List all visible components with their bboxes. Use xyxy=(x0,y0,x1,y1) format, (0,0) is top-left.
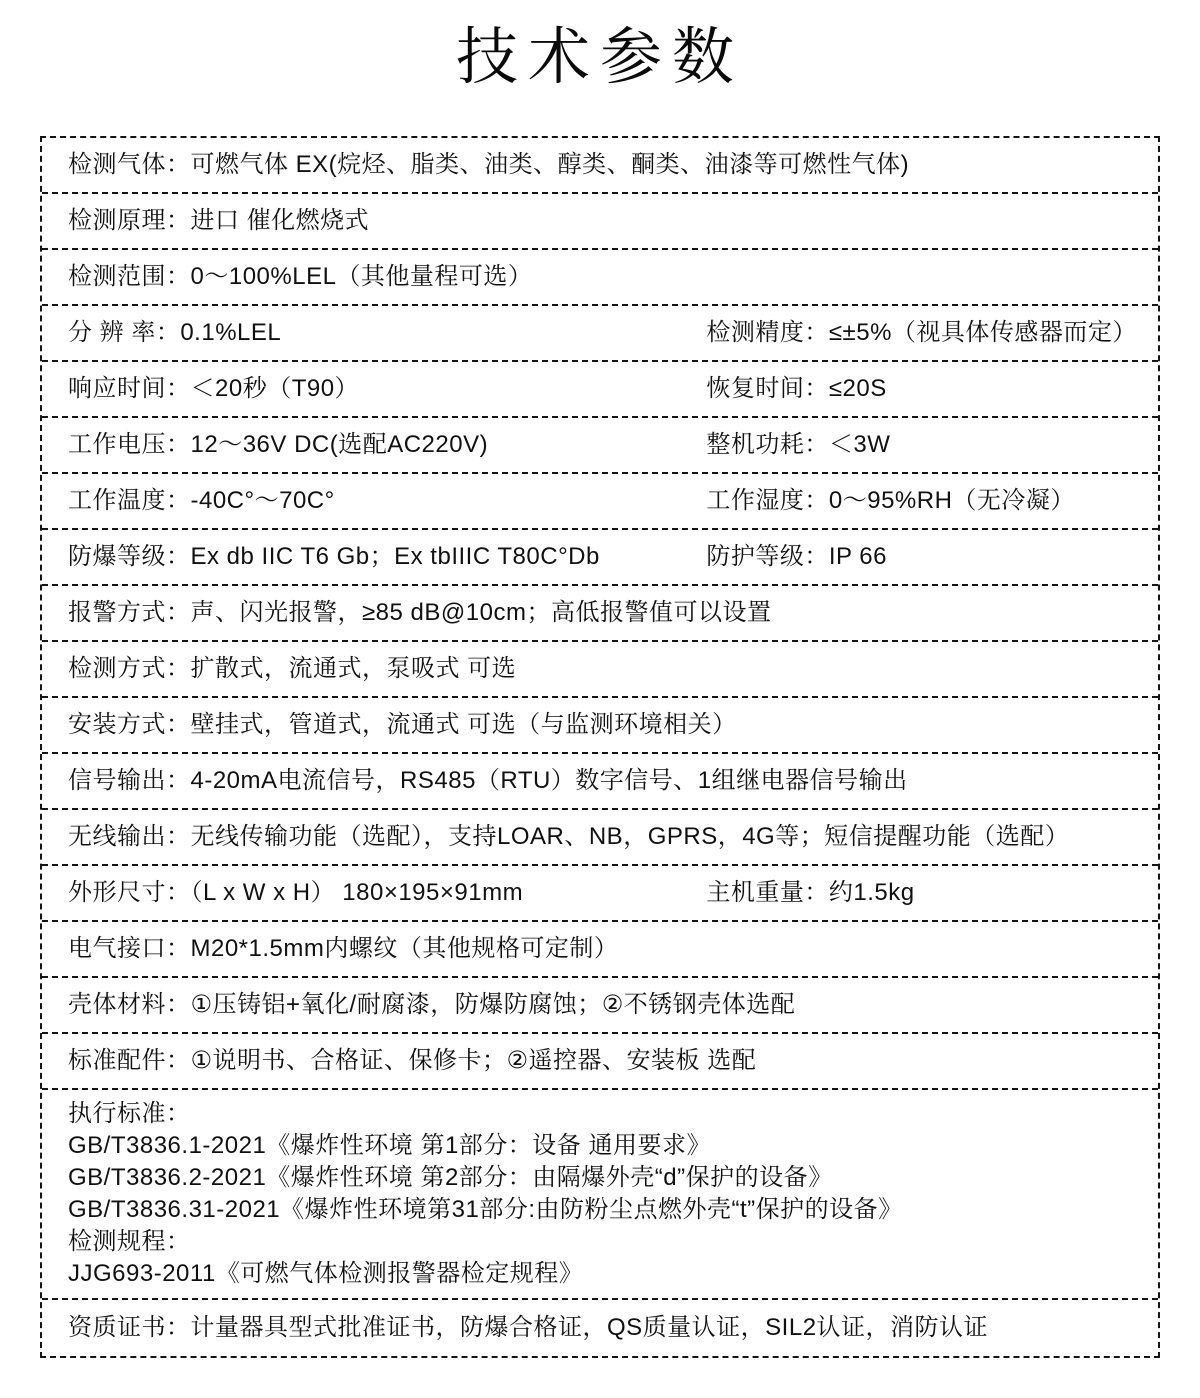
standards-heading: 执行标准： xyxy=(68,1098,1132,1130)
row-detection-principle: 检测原理：进口 催化燃烧式 xyxy=(42,194,1158,250)
spec-text: 检测气体：可燃气体 EX(烷烃、脂类、油类、醇类、酮类、油漆等可燃性气体) xyxy=(68,150,1132,180)
spec-text: 报警方式：声、闪光报警，≥85 dB@10cm；高低报警值可以设置 xyxy=(68,598,1132,628)
row-standard-accessories: 标准配件：①说明书、合格证、保修卡；②遥控器、安装板 选配 xyxy=(42,1034,1158,1090)
spec-text: 信号输出：4-20mA电流信号，RS485（RTU）数字信号、1组继电器信号输出 xyxy=(68,766,1132,796)
spec-text-right: 检测精度：≤±5%（视具体传感器而定） xyxy=(706,318,1137,348)
row-detection-gas: 检测气体：可燃气体 EX(烷烃、脂类、油类、醇类、酮类、油漆等可燃性气体) xyxy=(42,138,1158,194)
spec-table: 检测气体：可燃气体 EX(烷烃、脂类、油类、醇类、酮类、油漆等可燃性气体) 检测… xyxy=(40,136,1160,1358)
row-response-recovery-time: 响应时间：＜20秒（T90） 恢复时间：≤20S xyxy=(42,362,1158,418)
spec-text: 检测方式：扩散式，流通式，泵吸式 可选 xyxy=(68,654,1132,684)
spec-text-left: 响应时间：＜20秒（T90） xyxy=(68,374,706,404)
row-housing-material: 壳体材料：①压铸铝+氧化/耐腐漆，防爆防腐蚀；②不锈钢壳体选配 xyxy=(42,978,1158,1034)
row-voltage-power: 工作电压：12～36V DC(选配AC220V) 整机功耗：＜3W xyxy=(42,418,1158,474)
row-explosionproof-protection: 防爆等级：Ex db IIC T6 Gb；Ex tbIIIC T80C°Db 防… xyxy=(42,530,1158,586)
page: 技术参数 检测气体：可燃气体 EX(烷烃、脂类、油类、醇类、酮类、油漆等可燃性气… xyxy=(0,0,1200,1398)
spec-text-right: 防护等级：IP 66 xyxy=(706,542,1132,572)
spec-text-left: 工作电压：12～36V DC(选配AC220V) xyxy=(68,430,706,460)
spec-text: 无线输出：无线传输功能（选配），支持LOAR、NB，GPRS，4G等；短信提醒功… xyxy=(68,822,1132,852)
row-resolution-accuracy: 分 辨 率：0.1%LEL 检测精度：≤±5%（视具体传感器而定） xyxy=(42,306,1158,362)
spec-text: 检测范围：0～100%LEL（其他量程可选） xyxy=(68,262,1132,292)
spec-text: 电气接口：M20*1.5mm内螺纹（其他规格可定制） xyxy=(68,934,1132,964)
spec-text: 标准配件：①说明书、合格证、保修卡；②遥控器、安装板 选配 xyxy=(68,1046,1132,1076)
row-dimensions-weight: 外形尺寸：（L x W x H） 180×195×91mm 主机重量：约1.5k… xyxy=(42,866,1158,922)
spec-text: 检测原理：进口 催化燃烧式 xyxy=(68,206,1132,236)
row-standards: 执行标准： GB/T3836.1-2021《爆炸性环境 第1部分：设备 通用要求… xyxy=(42,1090,1158,1300)
row-temperature-humidity: 工作温度：-40C°～70C° 工作湿度：0～95%RH（无冷凝） xyxy=(42,474,1158,530)
standards-line: GB/T3836.2-2021《爆炸性环境 第2部分：由隔爆外壳“d”保护的设备… xyxy=(68,1162,1132,1194)
row-electrical-interface: 电气接口：M20*1.5mm内螺纹（其他规格可定制） xyxy=(42,922,1158,978)
inspection-regulation-line: JJG693-2011《可燃气体检测报警器检定规程》 xyxy=(68,1258,1132,1290)
spec-text-left: 分 辨 率：0.1%LEL xyxy=(68,318,706,348)
row-detection-range: 检测范围：0～100%LEL（其他量程可选） xyxy=(42,250,1158,306)
spec-text-left: 防爆等级：Ex db IIC T6 Gb；Ex tbIIIC T80C°Db xyxy=(68,542,706,572)
spec-text-right: 恢复时间：≤20S xyxy=(706,374,1132,404)
spec-text-left: 工作温度：-40C°～70C° xyxy=(68,486,706,516)
page-title: 技术参数 xyxy=(0,0,1200,98)
row-wireless-output: 无线输出：无线传输功能（选配），支持LOAR、NB，GPRS，4G等；短信提醒功… xyxy=(42,810,1158,866)
spec-text-left: 外形尺寸：（L x W x H） 180×195×91mm xyxy=(68,878,706,908)
inspection-regulation-heading: 检测规程： xyxy=(68,1226,1132,1258)
standards-line: GB/T3836.31-2021《爆炸性环境第31部分:由防粉尘点燃外壳“t”保… xyxy=(68,1194,1132,1226)
standards-line: GB/T3836.1-2021《爆炸性环境 第1部分：设备 通用要求》 xyxy=(68,1130,1132,1162)
spec-text: 安装方式：壁挂式，管道式，流通式 可选（与监测环境相关） xyxy=(68,710,1132,740)
row-installation-mode: 安装方式：壁挂式，管道式，流通式 可选（与监测环境相关） xyxy=(42,698,1158,754)
spec-text-right: 整机功耗：＜3W xyxy=(706,430,1132,460)
row-alarm-mode: 报警方式：声、闪光报警，≥85 dB@10cm；高低报警值可以设置 xyxy=(42,586,1158,642)
spec-text: 壳体材料：①压铸铝+氧化/耐腐漆，防爆防腐蚀；②不锈钢壳体选配 xyxy=(68,990,1132,1020)
row-detection-mode: 检测方式：扩散式，流通式，泵吸式 可选 xyxy=(42,642,1158,698)
spec-text-right: 主机重量：约1.5kg xyxy=(706,878,1132,908)
row-certificates: 资质证书：计量器具型式批准证书，防爆合格证，QS质量认证，SIL2认证，消防认证 xyxy=(42,1300,1158,1356)
row-signal-output: 信号输出：4-20mA电流信号，RS485（RTU）数字信号、1组继电器信号输出 xyxy=(42,754,1158,810)
spec-text-right: 工作湿度：0～95%RH（无冷凝） xyxy=(706,486,1132,516)
spec-text: 资质证书：计量器具型式批准证书，防爆合格证，QS质量认证，SIL2认证，消防认证 xyxy=(68,1313,1132,1343)
